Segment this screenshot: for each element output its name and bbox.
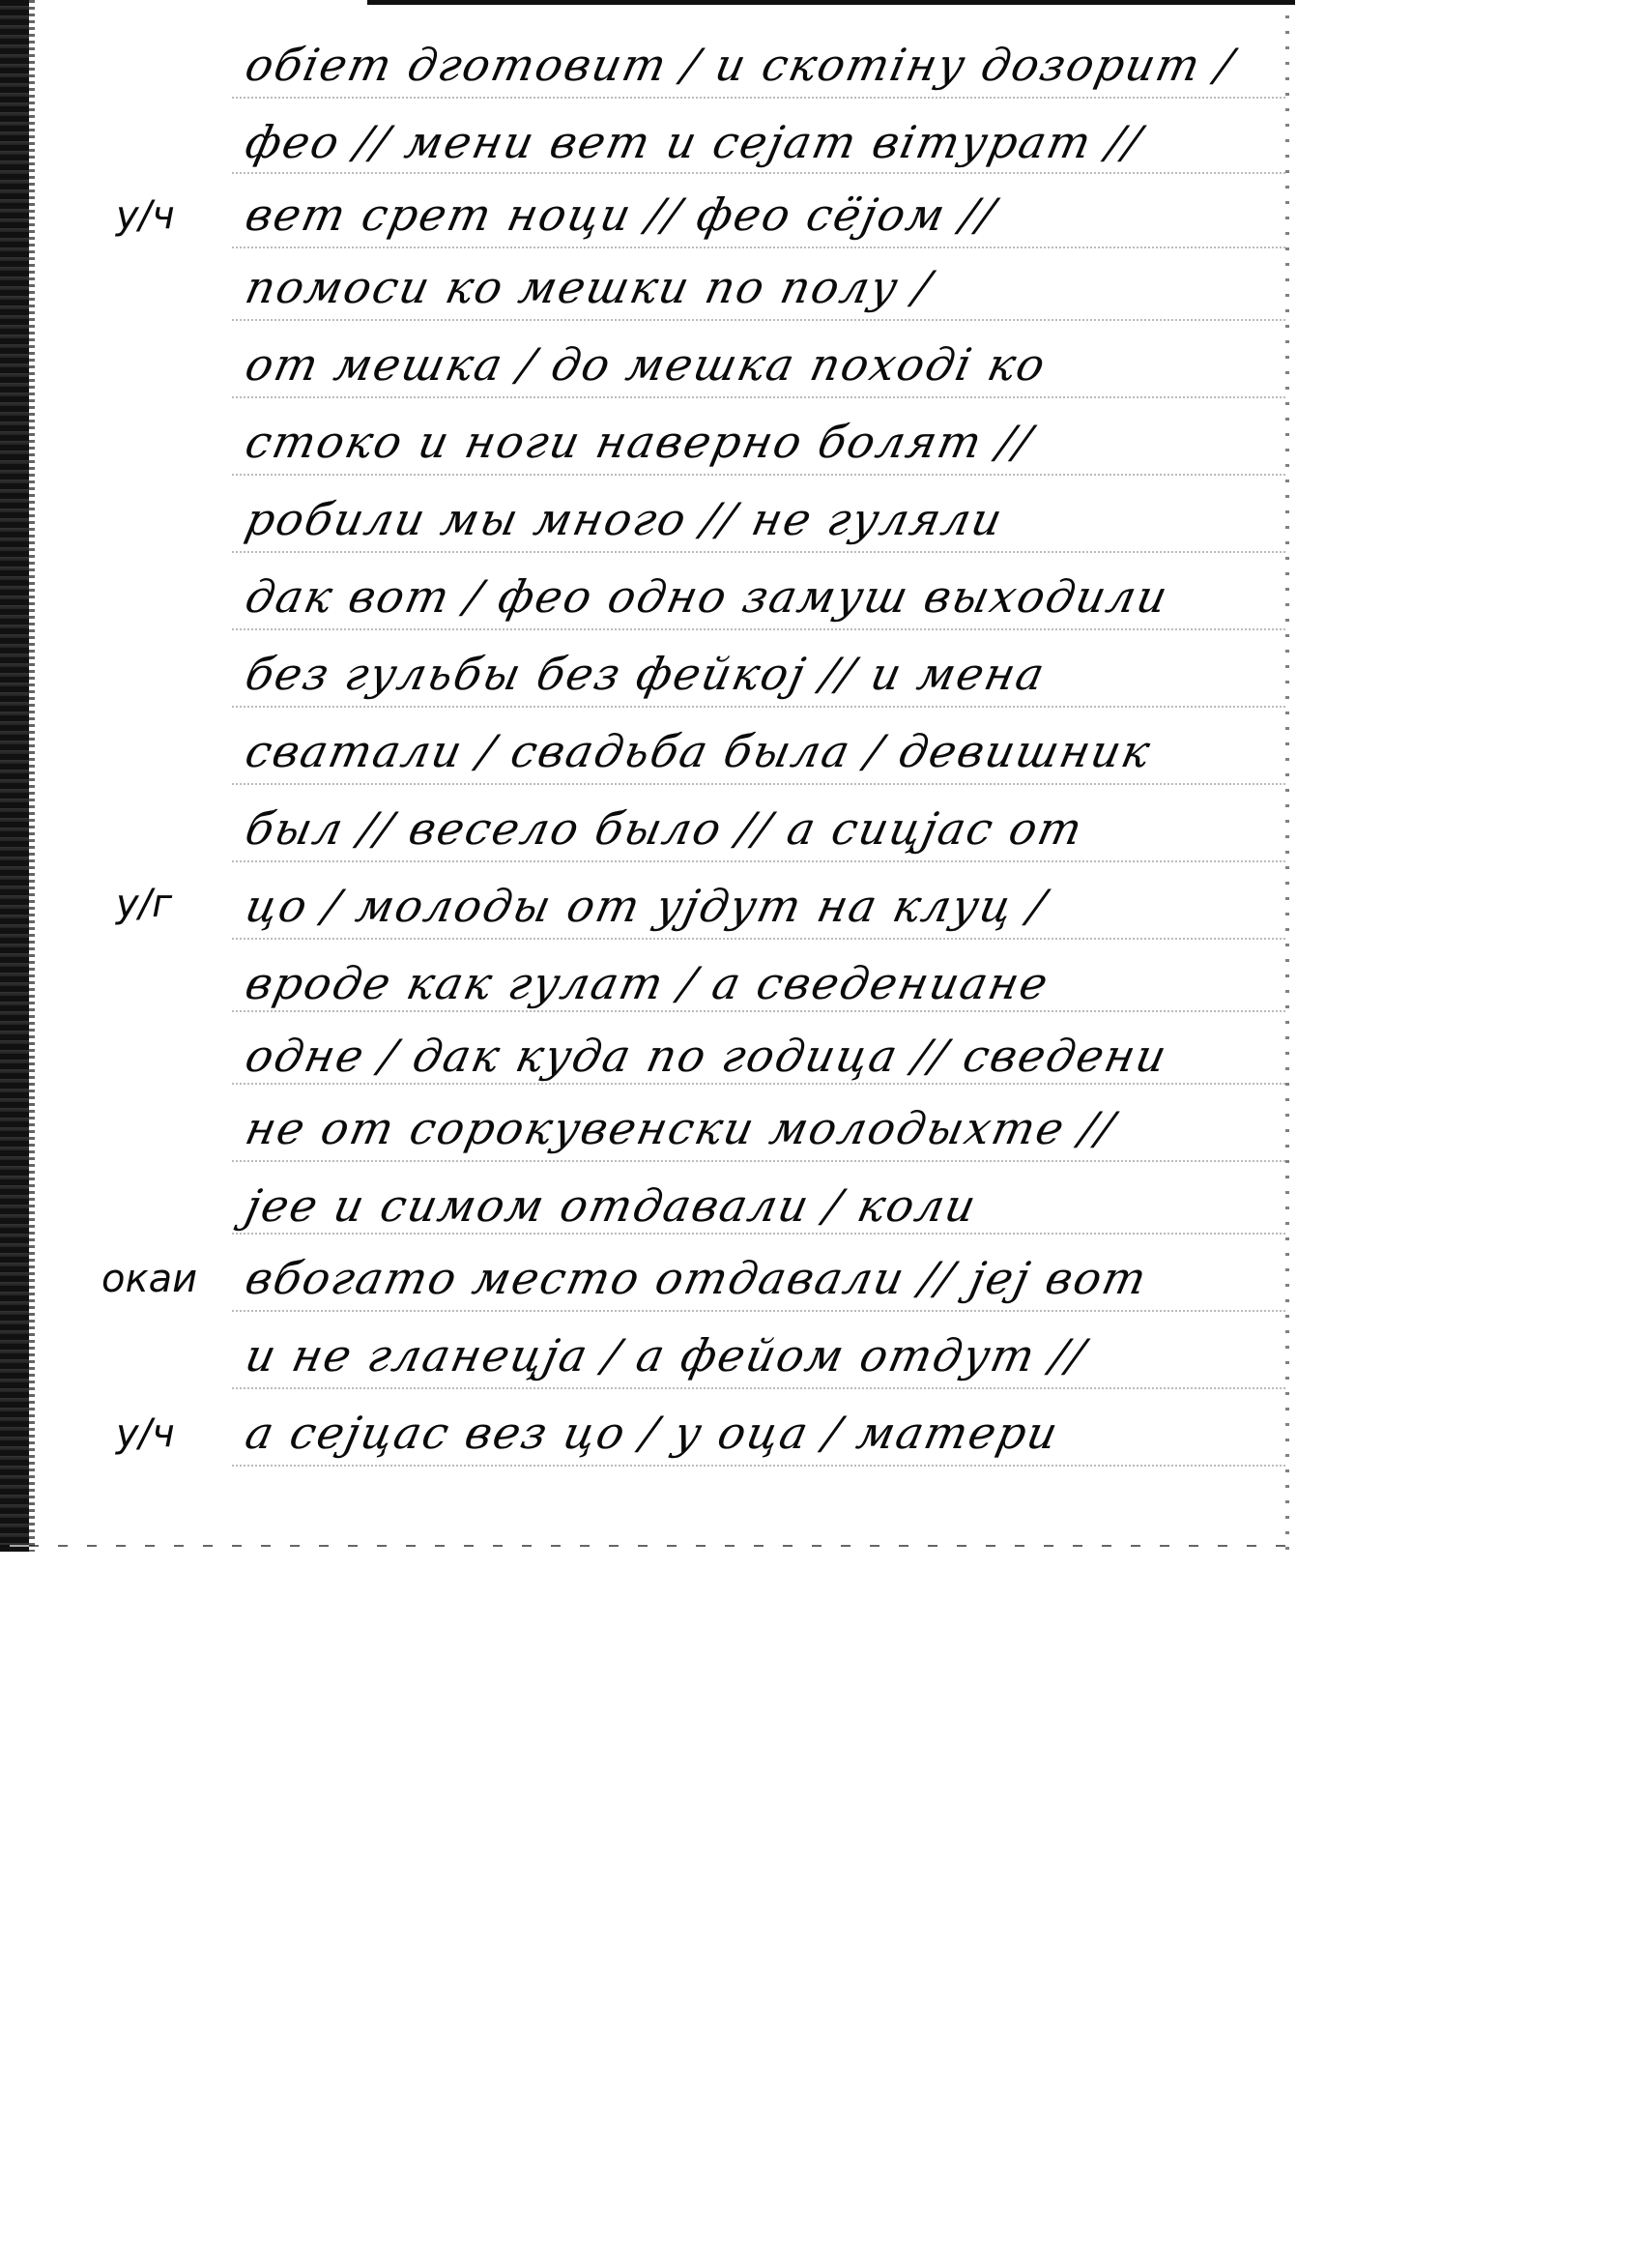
ruled-line (232, 1160, 1285, 1162)
handwritten-line: фео // мени вет и сеjат вiтурат // (241, 116, 1295, 168)
margin-note: у/ч (116, 193, 175, 238)
handwritten-line: цо / молоды от ујдут на клуц / (241, 880, 1295, 932)
ruled-line (232, 628, 1285, 630)
handwritten-line: не от сорокувенски молодыхте // (241, 1102, 1295, 1154)
ruled-line (232, 396, 1285, 398)
handwritten-line: вет срет ноци // фео сёjом // (241, 189, 1295, 241)
ruled-line (232, 938, 1285, 940)
ruled-line (232, 172, 1285, 174)
handwritten-line: вроде как гулат / а сведениане (241, 957, 1295, 1009)
ruled-line (232, 860, 1285, 862)
ruled-line (232, 1083, 1285, 1085)
margin-note: у/ч (116, 1411, 175, 1456)
handwritten-line: от мешка / до мешка походi ко (241, 338, 1295, 391)
ruled-line (232, 1387, 1285, 1389)
handwritten-line: помоси ко мешки по полу / (241, 261, 1295, 313)
handwritten-line: jее и симом отдавали / коли (241, 1179, 1295, 1232)
ruled-line (232, 97, 1285, 99)
ruled-line (232, 1310, 1285, 1312)
ruled-line (232, 783, 1285, 785)
handwritten-line: без гульбы без фейкој // и мена (241, 648, 1295, 700)
handwritten-line: дак вот / фео одно замуш выходили (241, 570, 1295, 623)
handwritten-line: вбогато место отдавали // јеј вот (241, 1252, 1295, 1304)
ruled-line (232, 551, 1285, 553)
margin-note: окаи (101, 1257, 197, 1301)
ruled-line (232, 319, 1285, 321)
notebook-binding (0, 0, 29, 1552)
page-bottom-edge (0, 1545, 1295, 1547)
ruled-line (232, 247, 1285, 248)
handwritten-line: и не гланецја / а фейом отдут // (241, 1329, 1295, 1381)
handwritten-line: а сејцас вез цо / у оца / матери (241, 1407, 1295, 1459)
margin-note: у/г (116, 882, 172, 926)
binding-edge (29, 0, 35, 1552)
handwritten-line: стоко и ноги наверно болят // (241, 416, 1295, 468)
ruled-line (232, 1233, 1285, 1235)
handwritten-line: обiет дготовит / и скотiну дозорит / (241, 39, 1295, 91)
handwritten-line: робили мы много // не гуляли (241, 493, 1295, 545)
ruled-line (232, 1465, 1285, 1467)
handwritten-line: одне / дак куда по годица // сведени (241, 1030, 1295, 1082)
ruled-line (232, 706, 1285, 708)
page-top-edge (367, 0, 1295, 5)
ruled-line (232, 474, 1285, 476)
handwritten-line: был // весело было // а сицјас от (241, 802, 1295, 855)
handwritten-line: сватали / свадьба была / девишник (241, 725, 1295, 777)
scanned-page: обiет дготовит / и скотiну дозорит / фео… (0, 0, 1295, 1552)
ruled-line (232, 1010, 1285, 1012)
